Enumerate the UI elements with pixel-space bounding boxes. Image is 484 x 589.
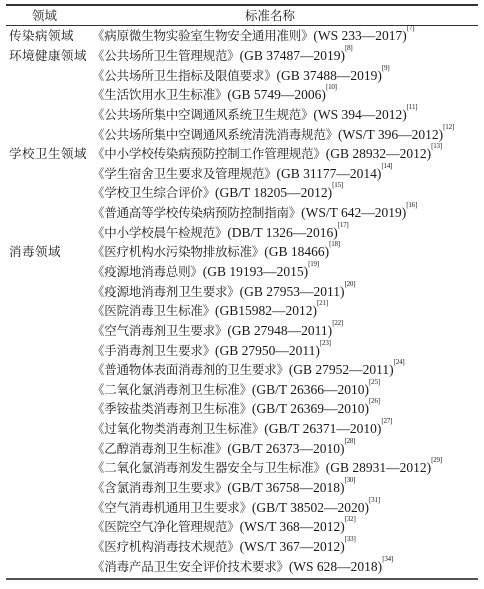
domain-cell: 学校卫生领域 xyxy=(6,144,92,162)
reference-marker: [28] xyxy=(344,437,355,445)
table-row: 《学生宿舍卫生要求及管理规范》(GB 31177—2014)[14] xyxy=(6,163,478,183)
table-row: 《手消毒剂卫生要求》(GB 27950—2011)[23] xyxy=(6,340,478,360)
standard-title: 《二氧化氯消毒剂卫生标准》 xyxy=(92,382,252,397)
table-row: 《含氯消毒剂卫生要求》(GB/T 36758—2018)[30] xyxy=(6,477,478,497)
standards-table: 领域 标准名称 传染病领域《病原微生物实验室生物安全通用准则》(WS 233—2… xyxy=(6,4,478,580)
standard-title: 《医疗机构消毒技术规范》 xyxy=(92,539,240,554)
reference-marker: [32] xyxy=(345,515,356,523)
standard-cell: 《病原微生物实验室生物安全通用准则》(WS 233—2017)[7] xyxy=(92,26,478,44)
standard-code: (WS/T 368—2012) xyxy=(240,519,345,534)
standard-cell: 《季铵盐类消毒剂卫生标准》(GB/T 26369—2010)[26] xyxy=(92,399,478,417)
table-row: 《消毒产品卫生安全评价技术要求》(WS 628—2018)[34] xyxy=(6,556,478,576)
standard-code: (GB/T 26369—2010) xyxy=(252,401,369,416)
table-row: 《公共场所卫生指标及限值要求》(GB 37488—2019)[9] xyxy=(6,65,478,85)
domain-cell: 消毒领域 xyxy=(6,242,92,260)
standard-title: 《生活饮用水卫生标准》 xyxy=(92,87,227,102)
table-row: 《过氧化物类消毒剂卫生标准》(GB/T 26371—2010)[27] xyxy=(6,418,478,438)
standard-title: 《中小学校传染病预防控制工作管理规范》 xyxy=(92,146,326,161)
reference-marker: [18] xyxy=(329,240,340,248)
standard-code: (WS/T 396—2012) xyxy=(338,127,443,142)
reference-marker: [13] xyxy=(431,142,442,150)
standard-code: (GB 37488—2019) xyxy=(277,68,382,83)
standard-cell: 《学生宿舍卫生要求及管理规范》(GB 31177—2014)[14] xyxy=(92,164,478,182)
table-row: 《普通高等学校传染病预防控制指南》(WS/T 642—2019)[16] xyxy=(6,202,478,222)
table-row: 《空气消毒机通用卫生要求》(GB/T 38502—2020)[31] xyxy=(6,497,478,517)
standard-title: 《公共场所集中空调通风系统卫生规范》 xyxy=(92,107,313,122)
standard-title: 《季铵盐类消毒剂卫生标准》 xyxy=(92,401,252,416)
standard-code: (GB/T 26371—2010) xyxy=(264,421,381,436)
standard-cell: 《二氧化氯消毒剂卫生标准》(GB/T 26366—2010)[25] xyxy=(92,380,478,398)
standard-code: (GB 27952—2011) xyxy=(289,362,394,377)
reference-marker: [23] xyxy=(320,339,331,347)
standard-cell: 《二氧化氯消毒剂发生器安全与卫生标准》(GB 28931—2012)[29] xyxy=(92,458,478,476)
reference-marker: [33] xyxy=(345,535,356,543)
table-row: 《疫源地消毒剂卫生要求》(GB 27953—2011)[20] xyxy=(6,281,478,301)
table-row: 消毒领域《医疗机构水污染物排放标准》(GB 18466)[18] xyxy=(6,242,478,262)
standard-cell: 《医疗机构水污染物排放标准》(GB 18466)[18] xyxy=(92,242,478,260)
reference-marker: [14] xyxy=(381,162,392,170)
standard-code: (GB 27950—2011) xyxy=(215,343,320,358)
reference-marker: [7] xyxy=(407,24,415,32)
standard-cell: 《普通物体表面消毒剂的卫生要求》(GB 27952—2011)[24] xyxy=(92,360,478,378)
reference-marker: [27] xyxy=(381,417,392,425)
standard-title: 《空气消毒机通用卫生要求》 xyxy=(92,500,252,515)
table-row: 《普通物体表面消毒剂的卫生要求》(GB 27952—2011)[24] xyxy=(6,359,478,379)
standard-code: (GB 28931—2012) xyxy=(326,460,431,475)
standard-code: (GB/T 26366—2010) xyxy=(252,382,369,397)
standard-cell: 《手消毒剂卫生要求》(GB 27950—2011)[23] xyxy=(92,341,478,359)
standard-title: 《医院空气净化管理规范》 xyxy=(92,519,240,534)
reference-marker: [21] xyxy=(317,299,328,307)
reference-marker: [31] xyxy=(369,496,380,504)
standard-cell: 《医院空气净化管理规范》(WS/T 368—2012)[32] xyxy=(92,517,478,535)
standard-title: 《过氧化物类消毒剂卫生标准》 xyxy=(92,421,264,436)
table-row: 环境健康领域《公共场所卫生管理规范》(GB 37487—2019)[8] xyxy=(6,45,478,65)
standard-title: 《公共场所集中空调通风系统清洗消毒规范》 xyxy=(92,127,338,142)
standard-title: 《消毒产品卫生安全评价技术要求》 xyxy=(92,559,289,574)
standard-code: (WS/T 367—2012) xyxy=(240,539,345,554)
standard-title: 《疫源地消毒剂卫生要求》 xyxy=(92,284,240,299)
reference-marker: [30] xyxy=(344,476,355,484)
table-row: 《公共场所集中空调通风系统卫生规范》(WS 394—2012)[11] xyxy=(6,104,478,124)
table-header: 领域 标准名称 xyxy=(6,6,478,25)
standard-code: (GB 28932—2012) xyxy=(326,146,431,161)
reference-marker: [11] xyxy=(407,103,418,111)
reference-marker: [17] xyxy=(338,221,349,229)
reference-marker: [15] xyxy=(332,181,343,189)
table-row: 《中小学校晨午检规范》(DB/T 1326—2016)[17] xyxy=(6,222,478,242)
standard-code: (GB/T 36758—2018) xyxy=(227,480,344,495)
standard-title: 《普通物体表面消毒剂的卫生要求》 xyxy=(92,362,289,377)
table-row: 《乙醇消毒剂卫生标准》(GB/T 26373—2010)[28] xyxy=(6,438,478,458)
standard-cell: 《医疗机构消毒技术规范》(WS/T 367—2012)[33] xyxy=(92,537,478,555)
standard-title: 《医院消毒卫生标准》 xyxy=(92,303,215,318)
standard-title: 《学生宿舍卫生要求及管理规范》 xyxy=(92,166,277,181)
standard-cell: 《中小学校晨午检规范》(DB/T 1326—2016)[17] xyxy=(92,223,478,241)
bottom-rule xyxy=(6,578,478,580)
reference-marker: [12] xyxy=(443,123,454,131)
table-row: 《公共场所集中空调通风系统清洗消毒规范》(WS/T 396—2012)[12] xyxy=(6,124,478,144)
standard-code: (GB 27953—2011) xyxy=(240,284,345,299)
reference-marker: [19] xyxy=(308,260,319,268)
reference-marker: [25] xyxy=(369,378,380,386)
standard-code: (WS/T 642—2019) xyxy=(301,205,406,220)
standard-title: 《中小学校晨午检规范》 xyxy=(92,225,227,240)
standard-cell: 《医院消毒卫生标准》(GB15982—2012)[21] xyxy=(92,301,478,319)
standard-cell: 《公共场所集中空调通风系统清洗消毒规范》(WS/T 396—2012)[12] xyxy=(92,125,478,143)
standard-code: (WS 394—2012) xyxy=(313,107,406,122)
standard-title: 《学校卫生综合评价》 xyxy=(92,185,215,200)
standard-cell: 《学校卫生综合评价》(GB/T 18205—2012)[15] xyxy=(92,183,478,201)
reference-marker: [22] xyxy=(332,319,343,327)
standard-title: 《乙醇消毒剂卫生标准》 xyxy=(92,441,227,456)
standard-cell: 《疫源地消毒总则》(GB 19193—2015)[19] xyxy=(92,262,478,280)
table-body: 传染病领域《病原微生物实验室生物安全通用准则》(WS 233—2017)[7]环… xyxy=(6,26,478,576)
table-row: 《二氧化氯消毒剂发生器安全与卫生标准》(GB 28931—2012)[29] xyxy=(6,458,478,478)
table-row: 《学校卫生综合评价》(GB/T 18205—2012)[15] xyxy=(6,183,478,203)
standard-title: 《疫源地消毒总则》 xyxy=(92,264,203,279)
standard-title: 《含氯消毒剂卫生要求》 xyxy=(92,480,227,495)
reference-marker: [24] xyxy=(394,358,405,366)
reference-marker: [29] xyxy=(431,456,442,464)
standard-title: 《空气消毒剂卫生要求》 xyxy=(92,323,227,338)
standard-code: (GB 27948—2011) xyxy=(227,323,332,338)
standard-code: (GB 19193—2015) xyxy=(203,264,308,279)
standard-cell: 《生活饮用水卫生标准》(GB 5749—2006)[10] xyxy=(92,85,478,103)
standard-code: (GB 18466) xyxy=(264,244,329,259)
standard-title: 《二氧化氯消毒剂发生器安全与卫生标准》 xyxy=(92,460,326,475)
standard-code: (GB15982—2012) xyxy=(215,303,317,318)
standard-cell: 《空气消毒机通用卫生要求》(GB/T 38502—2020)[31] xyxy=(92,498,478,516)
table-row: 《生活饮用水卫生标准》(GB 5749—2006)[10] xyxy=(6,84,478,104)
standard-code: (GB 31177—2014) xyxy=(277,166,382,181)
reference-marker: [10] xyxy=(326,83,337,91)
standard-cell: 《公共场所卫生管理规范》(GB 37487—2019)[8] xyxy=(92,46,478,64)
standard-code: (GB/T 18205—2012) xyxy=(215,185,332,200)
standard-title: 《病原微生物实验室生物安全通用准则》 xyxy=(92,28,313,43)
header-standard-name: 标准名称 xyxy=(92,6,478,24)
table-row: 《二氧化氯消毒剂卫生标准》(GB/T 26366—2010)[25] xyxy=(6,379,478,399)
standard-code: (GB/T 38502—2020) xyxy=(252,500,369,515)
table-row: 学校卫生领域《中小学校传染病预防控制工作管理规范》(GB 28932—2012)… xyxy=(6,143,478,163)
reference-marker: [8] xyxy=(345,44,353,52)
standard-cell: 《含氯消毒剂卫生要求》(GB/T 36758—2018)[30] xyxy=(92,478,478,496)
standard-cell: 《公共场所集中空调通风系统卫生规范》(WS 394—2012)[11] xyxy=(92,105,478,123)
standard-cell: 《过氧化物类消毒剂卫生标准》(GB/T 26371—2010)[27] xyxy=(92,419,478,437)
standard-code: (DB/T 1326—2016) xyxy=(227,225,337,240)
table-row: 《医疗机构消毒技术规范》(WS/T 367—2012)[33] xyxy=(6,536,478,556)
standard-code: (WS 628—2018) xyxy=(289,559,382,574)
standard-code: (WS 233—2017) xyxy=(313,28,406,43)
standard-title: 《公共场所卫生管理规范》 xyxy=(92,48,240,63)
standard-code: (GB 37487—2019) xyxy=(240,48,345,63)
table-row: 《季铵盐类消毒剂卫生标准》(GB/T 26369—2010)[26] xyxy=(6,399,478,419)
standard-code: (GB/T 26373—2010) xyxy=(227,441,344,456)
reference-marker: [34] xyxy=(382,555,393,563)
standard-cell: 《消毒产品卫生安全评价技术要求》(WS 628—2018)[34] xyxy=(92,557,478,575)
standard-title: 《医疗机构水污染物排放标准》 xyxy=(92,244,264,259)
standard-cell: 《疫源地消毒剂卫生要求》(GB 27953—2011)[20] xyxy=(92,282,478,300)
table-row: 《医院空气净化管理规范》(WS/T 368—2012)[32] xyxy=(6,517,478,537)
reference-marker: [16] xyxy=(406,201,417,209)
standard-cell: 《乙醇消毒剂卫生标准》(GB/T 26373—2010)[28] xyxy=(92,439,478,457)
standard-cell: 《中小学校传染病预防控制工作管理规范》(GB 28932—2012)[13] xyxy=(92,144,478,162)
standard-cell: 《空气消毒剂卫生要求》(GB 27948—2011)[22] xyxy=(92,321,478,339)
standard-title: 《公共场所卫生指标及限值要求》 xyxy=(92,68,277,83)
standard-cell: 《普通高等学校传染病预防控制指南》(WS/T 642—2019)[16] xyxy=(92,203,478,221)
standard-title: 《手消毒剂卫生要求》 xyxy=(92,343,215,358)
domain-cell: 环境健康领域 xyxy=(6,46,92,64)
reference-marker: [26] xyxy=(369,397,380,405)
standard-cell: 《公共场所卫生指标及限值要求》(GB 37488—2019)[9] xyxy=(92,66,478,84)
standard-code: (GB 5749—2006) xyxy=(227,87,326,102)
standard-title: 《普通高等学校传染病预防控制指南》 xyxy=(92,205,301,220)
table-row: 《疫源地消毒总则》(GB 19193—2015)[19] xyxy=(6,261,478,281)
table-row: 《空气消毒剂卫生要求》(GB 27948—2011)[22] xyxy=(6,320,478,340)
header-domain: 领域 xyxy=(6,6,92,24)
table-row: 《医院消毒卫生标准》(GB15982—2012)[21] xyxy=(6,300,478,320)
table-row: 传染病领域《病原微生物实验室生物安全通用准则》(WS 233—2017)[7] xyxy=(6,26,478,46)
reference-marker: [20] xyxy=(344,280,355,288)
domain-cell: 传染病领域 xyxy=(6,26,92,44)
reference-marker: [9] xyxy=(382,64,390,72)
